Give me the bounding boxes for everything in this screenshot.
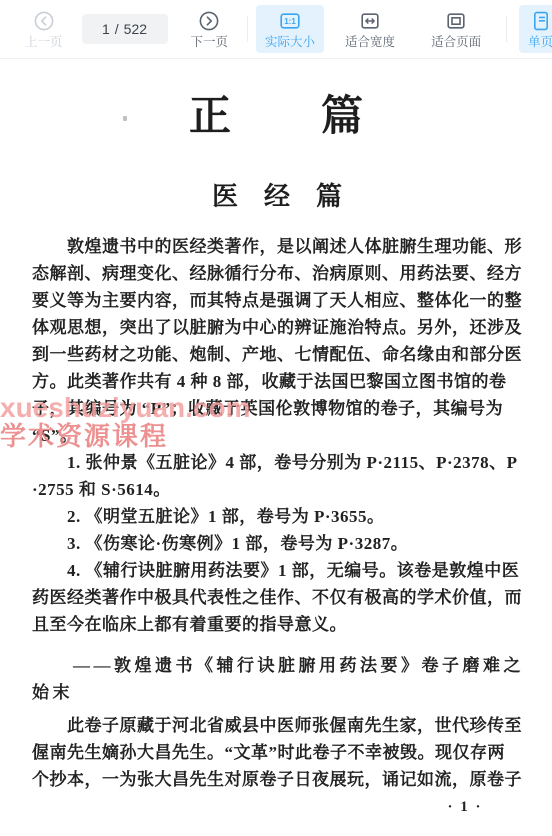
next-page-button[interactable]: 下一页 — [182, 5, 238, 54]
toolbar-divider — [247, 16, 248, 42]
actual-size-button[interactable]: 1:1 实际大小 — [256, 5, 324, 54]
printed-page-number: · 1 · — [430, 799, 500, 816]
prev-page-button[interactable]: 上一页 — [16, 5, 72, 54]
text-line: 方。此类著作共有 4 种 8 部，收藏于法国巴黎国立图书馆的卷 — [32, 368, 522, 395]
text-line: 态解剖、病理变化、经脉循行分布、治病原则、用药法要、经方 — [32, 260, 522, 287]
paragraph: 2. 《明堂五脏论》1 部，卷号为 P·3655。 — [32, 503, 522, 530]
text-line: 到一些药材之功能、炮制、产地、七情配伍、命名缘由和部分医 — [32, 341, 522, 368]
paragraph: 此卷子原藏于河北省威县中医师张偓南先生家，世代珍传至偓南先生嫡孙大昌先生。“文革… — [32, 712, 522, 793]
pdf-toolbar: 上一页 1 / 522 下一页 1:1 实际大小 — [0, 0, 552, 59]
text-line: 药医经类著作中极具代表性之佳作、不仅有极高的学术价值，而 — [32, 584, 522, 611]
scan-artifact — [123, 116, 127, 121]
text-line: 偓南先生嫡孙大昌先生。“文革”时此卷子不幸被毁。现仅存两 — [32, 739, 522, 766]
fit-width-button[interactable]: 适合宽度 — [336, 5, 404, 54]
actual-size-label: 实际大小 — [265, 36, 315, 49]
section-heading: 医 经 篇 — [32, 181, 522, 213]
text-line: 3. 《伤寒论·伤寒例》1 部，卷号为 P·3287。 — [32, 530, 522, 557]
page-current: 1 — [102, 21, 110, 37]
text-line: ——敦煌遗书《辅行诀脏腑用药法要》卷子磨难之 — [32, 652, 522, 679]
text-line: 且至今在临床上都有着重要的指导意义。 — [32, 611, 522, 638]
page-number-input[interactable]: 1 / 522 — [82, 14, 168, 44]
one-to-one-icon: 1:1 — [279, 10, 301, 36]
page-total: 522 — [124, 21, 147, 37]
subsection-heading: ——敦煌遗书《辅行诀脏腑用药法要》卷子磨难之始末 — [32, 652, 522, 706]
rect-in-box-icon — [445, 10, 467, 36]
text-line: 体观思想，突出了以脏腑为中心的辨证施治特点。另外，还涉及 — [32, 314, 522, 341]
prev-page-label: 上一页 — [25, 36, 63, 49]
single-page-button[interactable]: 单页 — [519, 5, 552, 54]
text-line: “S”。 — [32, 422, 522, 449]
fit-page-button[interactable]: 适合页面 — [422, 5, 490, 54]
single-page-icon — [530, 10, 552, 36]
text-line: 2. 《明堂五脏论》1 部，卷号为 P·3655。 — [32, 503, 522, 530]
pdf-reader-window: { "toolbar": { "prev_label": "上一页", "nex… — [0, 0, 552, 836]
circle-chevron-right-icon — [198, 10, 220, 36]
paragraph: 敦煌遗书中的医经类著作，是以阐述人体脏腑生理功能、形态解剖、病理变化、经脉循行分… — [32, 233, 522, 449]
text-line: 此卷子原藏于河北省威县中医师张偓南先生家，世代珍传至 — [32, 712, 522, 739]
document-body: 敦煌遗书中的医经类著作，是以阐述人体脏腑生理功能、形态解剖、病理变化、经脉循行分… — [32, 233, 522, 793]
text-line: 子，其编号为 “P”；收藏于英国伦敦博物馆的卷子，其编号为 — [32, 395, 522, 422]
text-line: 始末 — [32, 679, 522, 706]
toolbar-divider — [506, 16, 507, 42]
document-page: 正 篇 医 经 篇 敦煌遗书中的医经类著作，是以阐述人体脏腑生理功能、形态解剖、… — [0, 59, 552, 836]
paragraph: 1. 张仲景《五脏论》4 部，卷号分别为 P·2115、P·2378、P·275… — [32, 449, 522, 503]
text-line: 4. 《辅行诀脏腑用药法要》1 部，无编号。该卷是敦煌中医 — [32, 557, 522, 584]
paragraph: 4. 《辅行诀脏腑用药法要》1 部，无编号。该卷是敦煌中医药医经类著作中极具代表… — [32, 557, 522, 638]
text-line: ·2755 和 S·5614。 — [32, 476, 522, 503]
text-line: 要义等为主要内容，而其特点是强调了天人相应、整体化一的整 — [32, 287, 522, 314]
paragraph: 3. 《伤寒论·伤寒例》1 部，卷号为 P·3287。 — [32, 530, 522, 557]
page-separator: / — [115, 21, 119, 37]
svg-text:1:1: 1:1 — [284, 17, 296, 26]
fit-width-label: 适合宽度 — [345, 36, 395, 49]
horizontal-arrows-icon — [359, 10, 381, 36]
text-line: 1. 张仲景《五脏论》4 部，卷号分别为 P·2115、P·2378、P — [32, 449, 522, 476]
text-line: 个抄本，一为张大昌先生对原卷子日夜展玩，诵记如流，原卷子 — [32, 766, 522, 793]
circle-chevron-left-icon — [33, 10, 55, 36]
document-title: 正 篇 — [32, 93, 522, 141]
single-page-label: 单页 — [528, 36, 552, 49]
next-page-label: 下一页 — [191, 36, 229, 49]
fit-page-label: 适合页面 — [431, 36, 481, 49]
text-line: 敦煌遗书中的医经类著作，是以阐述人体脏腑生理功能、形 — [32, 233, 522, 260]
